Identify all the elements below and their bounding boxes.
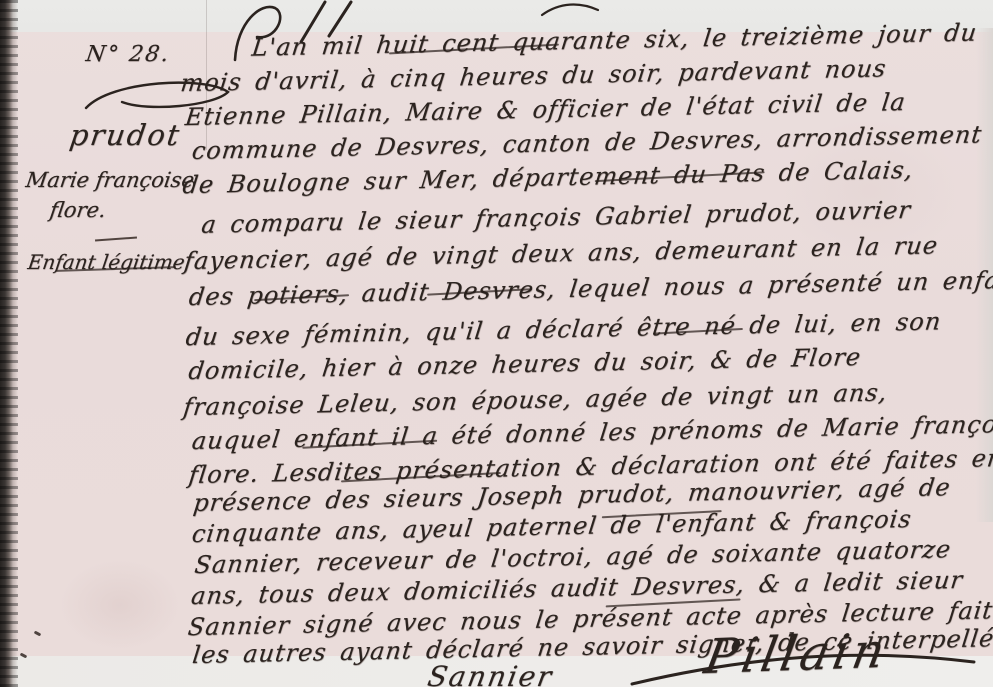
flourish-icon [78, 76, 248, 118]
act-line: de Boulogne sur Mer, département du Pas … [181, 157, 915, 199]
stray-flourish-icon [195, 0, 415, 66]
signature-witness: Sannier [425, 660, 556, 687]
scanned-register-page: N° 28. prudot Marie françoise flore. Enf… [0, 0, 993, 687]
act-line: fayencier, agé de vingt deux ans, demeur… [183, 232, 940, 274]
act-line: domicile, hier à onze heures du soir, & … [187, 344, 863, 385]
act-line: des potiers, audit Desvres, lequel nous … [188, 266, 993, 310]
act-line: a comparu le sieur françois Gabriel prud… [200, 197, 913, 238]
stray-stroke-icon [540, 0, 604, 20]
signature-mayor: Pillain [700, 623, 892, 685]
